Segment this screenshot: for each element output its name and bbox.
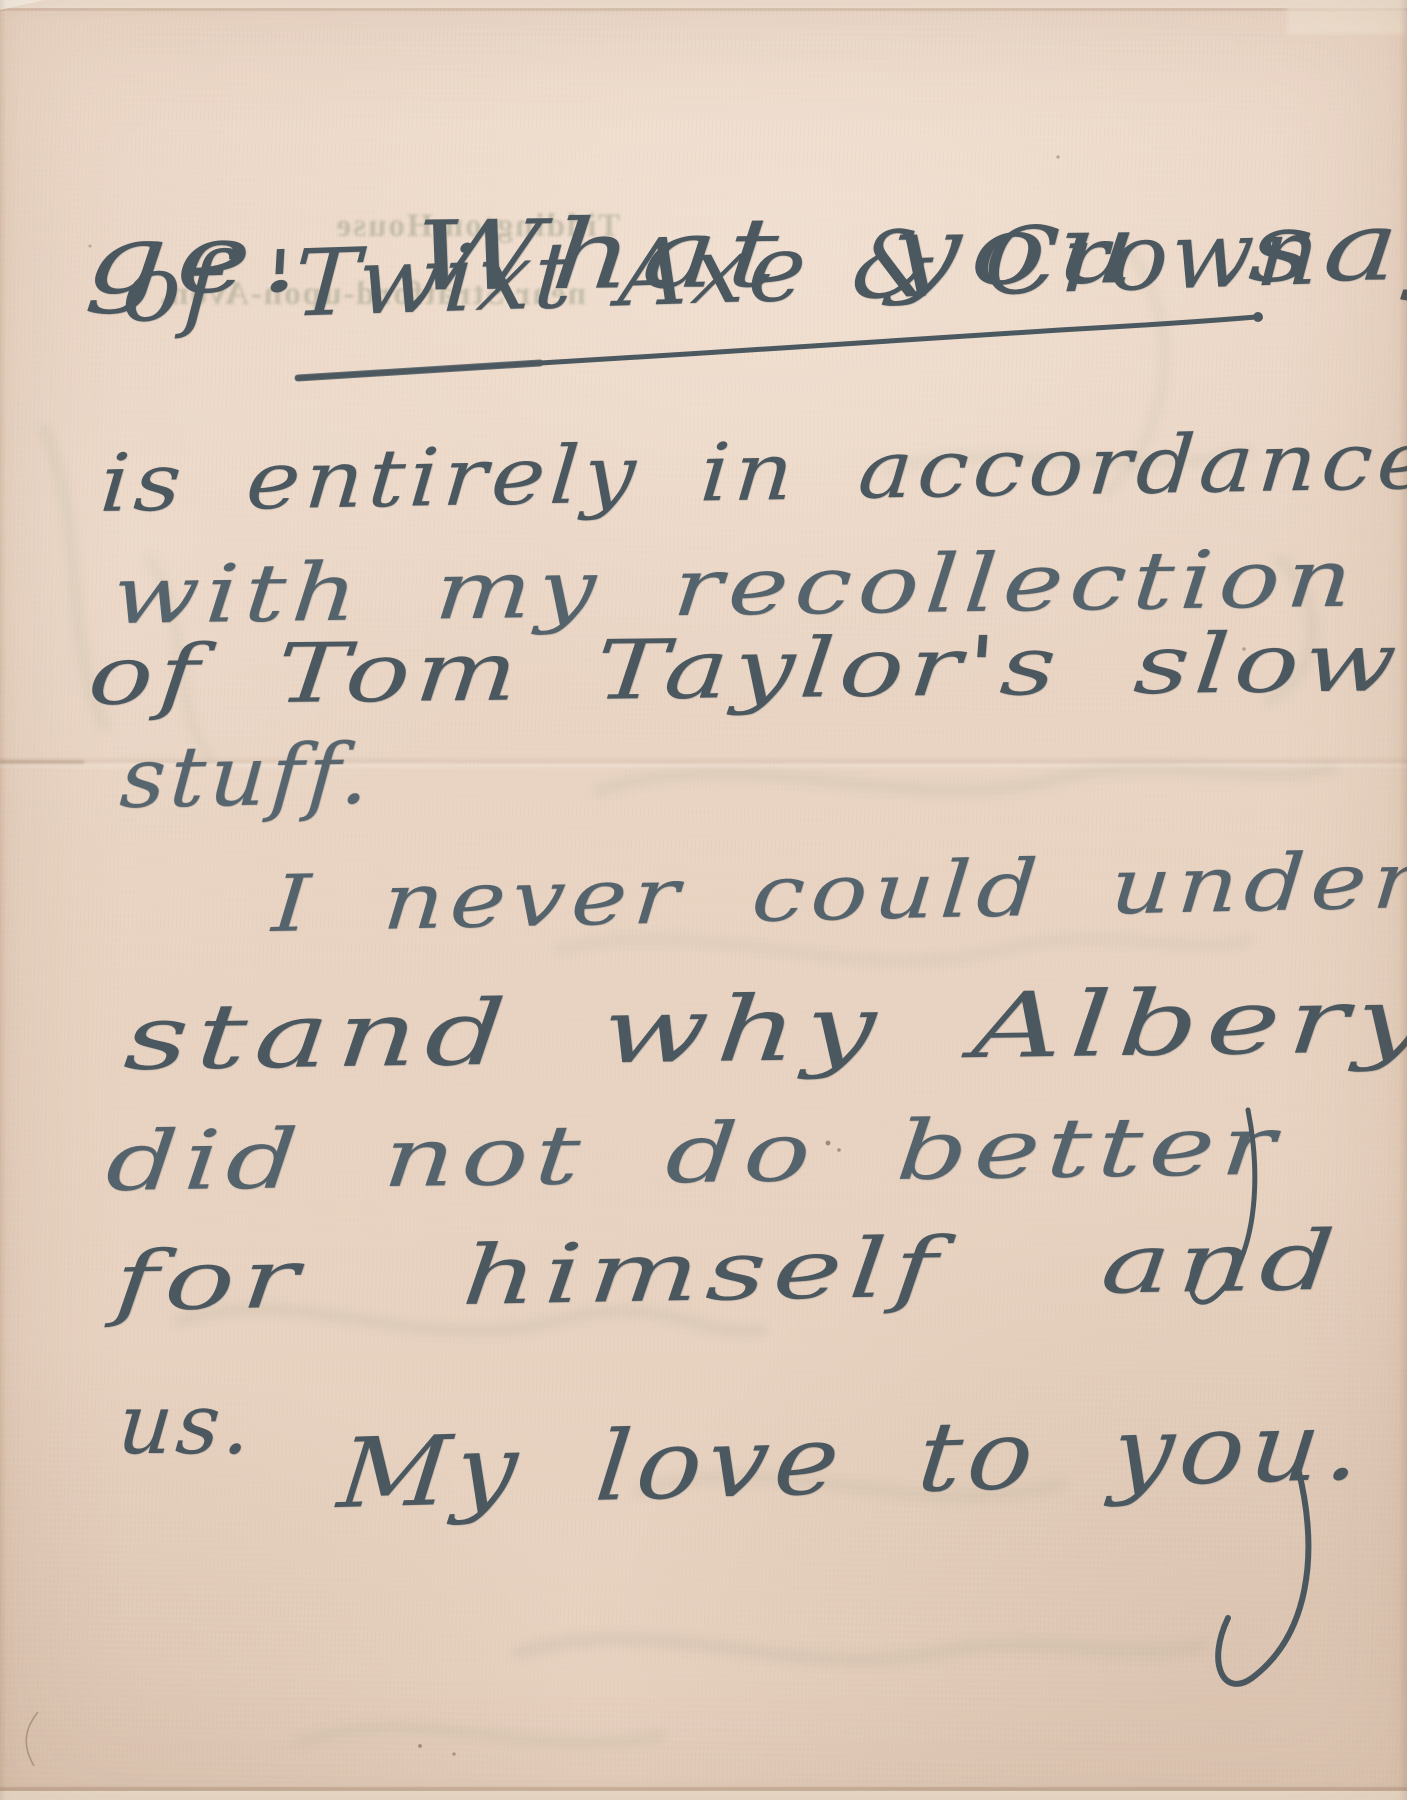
paper-right-edge [1399, 0, 1407, 1800]
paper-top-edge-shadow [0, 8, 1407, 11]
paper-bottom-edge [0, 1791, 1407, 1800]
closing-descender-flourish [1218, 1468, 1308, 1684]
ink-speck [826, 1141, 831, 1146]
title-underline-start [298, 363, 540, 378]
ink-speck [1242, 647, 1246, 651]
ink-strokes-layer [0, 0, 1407, 1800]
letter-page: Tiddington House near Stratford-upon-Avo… [0, 0, 1407, 1800]
ink-speck [837, 1148, 841, 1152]
ink-speck [418, 1744, 422, 1748]
ink-speck [89, 245, 92, 248]
underline-end-dot [1253, 312, 1263, 322]
paper-top-left-corner-wedge [0, 0, 44, 10]
ink-speck [207, 1020, 210, 1023]
paper-crack-hairline [26, 1712, 38, 1766]
ink-speck [452, 1752, 455, 1755]
paper-left-edge [0, 0, 6, 1800]
paper-top-edge [0, 0, 1407, 8]
foxing-specks [89, 155, 1246, 1755]
albery-descender-flourish [1191, 1110, 1255, 1302]
ink-speck [1056, 155, 1059, 158]
paper-top-right-corner-highlight [1287, 0, 1407, 34]
